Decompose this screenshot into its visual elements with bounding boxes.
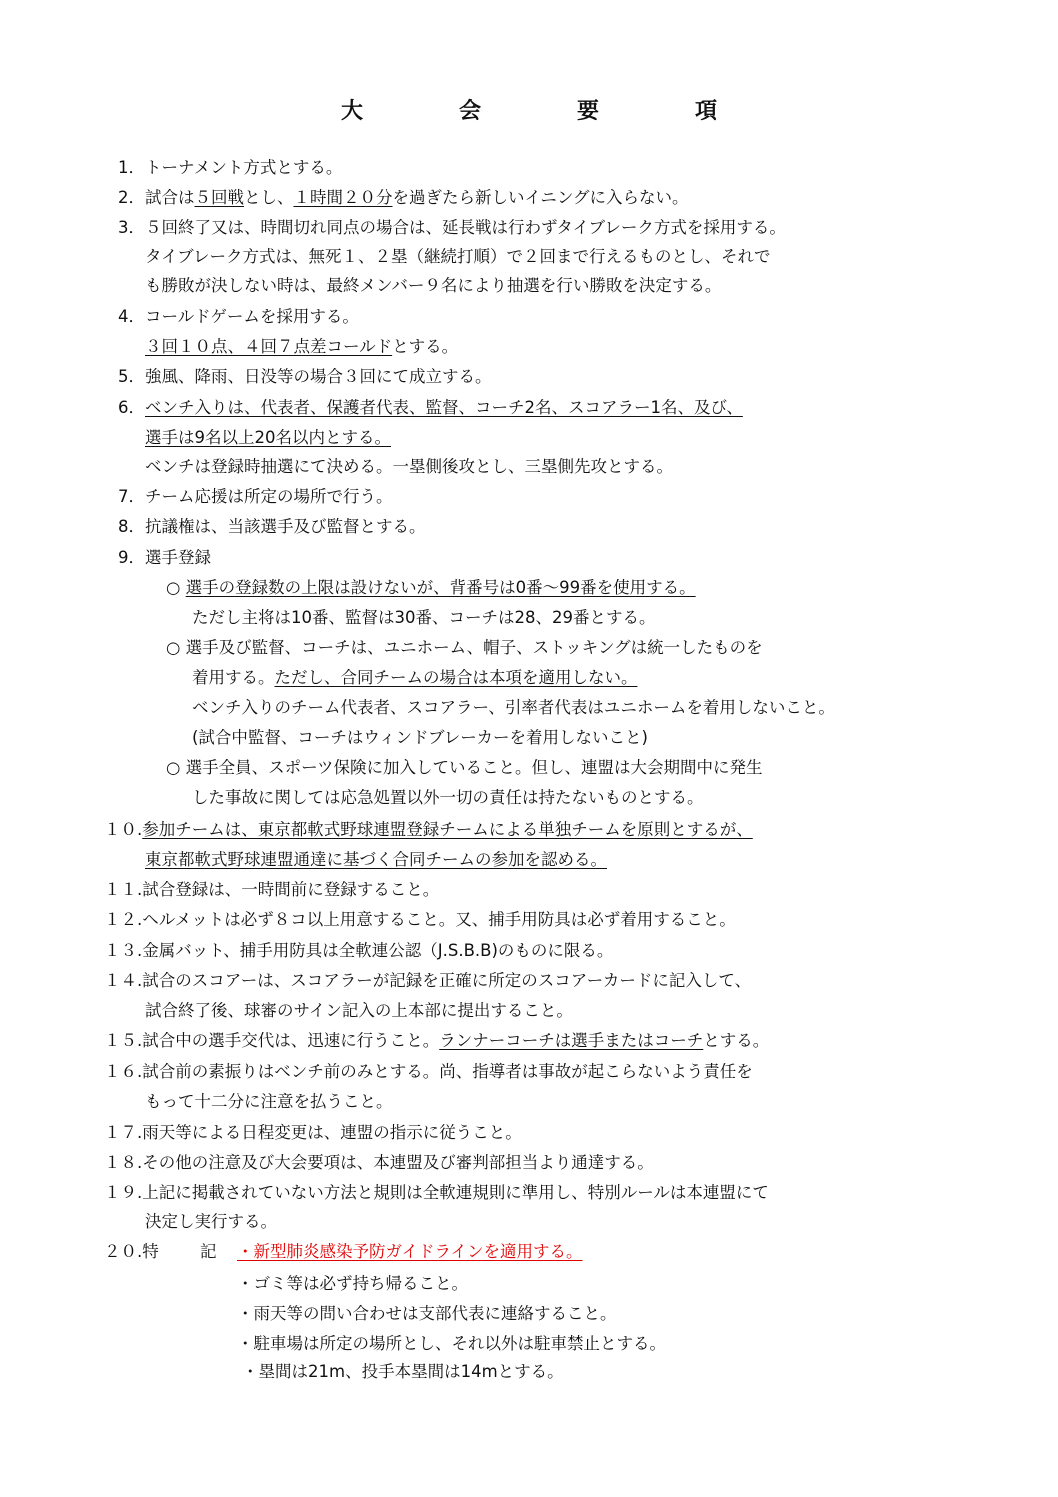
- item-2: 2．試合は５回戦とし、１時間２０分を過ぎたら新しいイニングに入らない。: [118, 188, 689, 208]
- item-text: とする。: [392, 337, 458, 356]
- item-9: 9．選手登録: [118, 548, 211, 568]
- item-text: 試合前の素振りはベンチ前のみとする。尚、指導者は事故が起こらないよう責任を: [142, 1062, 753, 1081]
- item-16: １６.試合前の素振りはベンチ前のみとする。尚、指導者は事故が起こらないよう責任を: [104, 1062, 753, 1082]
- item-number: 7．: [118, 487, 145, 507]
- item-3-line-3: も勝敗が決しない時は、最終メンバー９名により抽選を行い勝敗を決定する。: [145, 276, 721, 296]
- item-text: 試合のスコアーは、スコアラーが記録を正確に所定のスコアーカードに記入して、: [142, 971, 751, 990]
- item-text: 強風、降雨、日没等の場合３回にて成立する。: [145, 367, 492, 386]
- item-number: 8．: [118, 517, 145, 537]
- circle-bullet-icon: ○: [166, 638, 180, 657]
- item-text: を過ぎたら新しいイニングに入らない。: [393, 188, 689, 207]
- item-text: とし、: [244, 188, 294, 207]
- item-text-underlined: ・新型肺炎感染予防ガイドラインを適用する。: [237, 1242, 583, 1261]
- item-19: １９.上記に掲載されていない方法と規則は全軟連規則に準用し、特別ルールは本連盟に…: [104, 1183, 769, 1203]
- item-20: ２０.特: [104, 1242, 159, 1262]
- title-char: 大: [341, 94, 363, 125]
- item-number: １８.: [104, 1153, 142, 1173]
- page-title: 大会要項: [0, 94, 1058, 125]
- title-char: 要: [577, 94, 599, 125]
- item-number: １９.: [104, 1183, 142, 1203]
- item-number: １７.: [104, 1123, 142, 1143]
- circle-bullet-icon: ○: [166, 758, 180, 777]
- item-number: 4．: [118, 307, 145, 327]
- item-6-line-3: ベンチは登録時抽選にて決める。一塁側後攻とし、三塁側先攻とする。: [145, 457, 673, 477]
- item-20-note-3: ・雨天等の問い合わせは支部代表に連絡すること。: [237, 1304, 617, 1324]
- item-16-line-2: もって十二分に注意を払うこと。: [145, 1092, 393, 1112]
- item-1: 1．トーナメント方式とする。: [118, 158, 342, 178]
- item-4: 4．コールドゲームを採用する。: [118, 307, 359, 327]
- item-number: １１.: [104, 880, 142, 900]
- item-text: 選手及び監督、コーチは、ユニホーム、帽子、ストッキングは統一したものを: [186, 638, 763, 657]
- item-3: 3．５回終了又は、時間切れ同点の場合は、延長戦は行わずタイブレーク方式を採用する…: [118, 218, 786, 238]
- item-number: 6．: [118, 398, 145, 418]
- item-text-underlined: 参加チームは、東京都軟式野球連盟登録チームによる単独チームを原則とするが、: [142, 820, 753, 839]
- item-text: 試合登録は、一時間前に登録すること。: [142, 880, 439, 899]
- item-20-note-5: ・塁間は21m、投手本塁間は14mとする。: [242, 1362, 564, 1382]
- item-14: １４.試合のスコアーは、スコアラーが記録を正確に所定のスコアーカードに記入して、: [104, 971, 751, 991]
- item-text: 選手全員、スポーツ保険に加入していること。但し、連盟は大会期間中に発生: [186, 758, 763, 777]
- item-text: 選手登録: [145, 548, 211, 567]
- item-text-underlined: ベンチ入りは、代表者、保護者代表、監督、コーチ2名、スコアラー1名、及び、: [145, 398, 743, 417]
- item-20-label-2: 記: [200, 1242, 217, 1262]
- item-number: 9．: [118, 548, 145, 568]
- item-9-bullet-2: ○ 選手及び監督、コーチは、ユニホーム、帽子、ストッキングは統一したものを: [166, 638, 763, 658]
- item-17: １７.雨天等による日程変更は、連盟の指示に従うこと。: [104, 1123, 522, 1143]
- item-8: 8．抗議権は、当該選手及び監督とする。: [118, 517, 426, 537]
- item-text: 着用する。: [192, 668, 275, 687]
- item-9-bullet-1-line-2: ただし主将は10番、監督は30番、コーチは28、29番とする。: [192, 608, 655, 628]
- item-15: １５.試合中の選手交代は、迅速に行うこと。ランナーコーチは選手またはコーチとする…: [104, 1031, 769, 1051]
- item-number: １０.: [104, 820, 142, 840]
- item-number: １６.: [104, 1062, 142, 1082]
- item-text-underlined: 選手は9名以上20名以内とする。: [145, 428, 391, 447]
- item-9-bullet-1: ○ 選手の登録数の上限は設けないが、背番号は0番～99番を使用する。: [166, 578, 696, 598]
- item-10-line-2: 東京都軟式野球連盟通達に基づく合同チームの参加を認める。: [145, 850, 607, 870]
- item-20-note-4: ・駐車場は所定の場所とし、それ以外は駐車禁止とする。: [237, 1334, 666, 1354]
- item-4-line-2: ３回１０点、４回７点差コールドとする。: [145, 337, 458, 357]
- item-10: １０.参加チームは、東京都軟式野球連盟登録チームによる単独チームを原則とするが、: [104, 820, 753, 840]
- item-text: コールドゲームを採用する。: [145, 307, 359, 326]
- item-text: 雨天等による日程変更は、連盟の指示に従うこと。: [142, 1123, 522, 1142]
- item-number: 3．: [118, 218, 145, 238]
- item-3-line-2: タイブレーク方式は、無死１、２塁（継続打順）で２回まで行えるものとし、それで: [145, 247, 771, 267]
- item-13: １３.金属バット、捕手用防具は全軟連公認（J.S.B.B)のものに限る。: [104, 941, 613, 961]
- item-text-underlined: ５回戦: [195, 188, 245, 207]
- item-9-bullet-2-line-4: (試合中監督、コーチはウィンドブレーカーを着用しないこと): [192, 728, 648, 748]
- item-text-underlined: １時間２０分: [294, 188, 393, 207]
- item-text-underlined: ただし、合同チームの場合は本項を適用しない。: [275, 668, 638, 687]
- item-number: １４.: [104, 971, 142, 991]
- item-number: 5．: [118, 367, 145, 387]
- item-12: １２.ヘルメットは必ず８コ以上用意すること。又、捕手用防具は必ず着用すること。: [104, 910, 736, 930]
- item-label: 特: [142, 1242, 159, 1261]
- item-text: 上記に掲載されていない方法と規則は全軟連規則に準用し、特別ルールは本連盟にて: [142, 1183, 769, 1202]
- title-char: 会: [459, 94, 481, 125]
- item-9-bullet-2-line-3: ベンチ入りのチーム代表者、スコアラー、引率者代表はユニホームを着用しないこと。: [192, 698, 835, 718]
- item-number: 1．: [118, 158, 145, 178]
- item-number: ２０.: [104, 1242, 142, 1262]
- title-char: 項: [695, 94, 717, 125]
- item-11: １１.試合登録は、一時間前に登録すること。: [104, 880, 439, 900]
- item-text-underlined: 選手の登録数の上限は設けないが、背番号は0番～99番を使用する。: [186, 578, 696, 597]
- item-9-bullet-3: ○ 選手全員、スポーツ保険に加入していること。但し、連盟は大会期間中に発生: [166, 758, 763, 778]
- item-text-underlined: 東京都軟式野球連盟通達に基づく合同チームの参加を認める。: [145, 850, 607, 869]
- item-number: 2．: [118, 188, 145, 208]
- item-6: 6．ベンチ入りは、代表者、保護者代表、監督、コーチ2名、スコアラー1名、及び、: [118, 398, 743, 418]
- item-9-bullet-3-line-2: した事故に関しては応急処置以外一切の責任は持たないものとする。: [192, 788, 704, 808]
- item-19-line-2: 決定し実行する。: [145, 1212, 277, 1232]
- item-number: １３.: [104, 941, 142, 961]
- item-text: ５回終了又は、時間切れ同点の場合は、延長戦は行わずタイブレーク方式を採用する。: [145, 218, 786, 237]
- item-5: 5．強風、降雨、日没等の場合３回にて成立する。: [118, 367, 492, 387]
- document-page: 大会要項 1．トーナメント方式とする。 2．試合は５回戦とし、１時間２０分を過ぎ…: [0, 0, 1058, 1497]
- item-text: 試合は: [145, 188, 195, 207]
- item-text: チーム応援は所定の場所で行う。: [145, 487, 393, 506]
- item-9-bullet-2-line-2: 着用する。ただし、合同チームの場合は本項を適用しない。: [192, 668, 638, 688]
- item-text: 金属バット、捕手用防具は全軟連公認（J.S.B.B)のものに限る。: [142, 941, 613, 960]
- item-20-note-2: ・ゴミ等は必ず持ち帰ること。: [237, 1274, 468, 1294]
- item-7: 7．チーム応援は所定の場所で行う。: [118, 487, 393, 507]
- item-text: その他の注意及び大会要項は、本連盟及び審判部担当より通達する。: [142, 1153, 654, 1172]
- item-text: 試合中の選手交代は、迅速に行うこと。: [142, 1031, 439, 1050]
- item-text: 抗議権は、当該選手及び監督とする。: [145, 517, 426, 536]
- item-20-note-1: ・新型肺炎感染予防ガイドラインを適用する。: [237, 1242, 583, 1262]
- item-6-line-2: 選手は9名以上20名以内とする。: [145, 428, 391, 448]
- item-text: とする。: [703, 1031, 769, 1050]
- item-text: ヘルメットは必ず８コ以上用意すること。又、捕手用防具は必ず着用すること。: [142, 910, 736, 929]
- item-text-underlined: ランナーコーチは選手またはコーチ: [439, 1031, 703, 1050]
- item-text: トーナメント方式とする。: [145, 158, 342, 177]
- item-number: １２.: [104, 910, 142, 930]
- item-number: １５.: [104, 1031, 142, 1051]
- item-14-line-2: 試合終了後、球審のサイン記入の上本部に提出すること。: [145, 1001, 573, 1021]
- circle-bullet-icon: ○: [166, 578, 180, 597]
- item-text-underlined: ３回１０点、４回７点差コールド: [145, 337, 392, 356]
- item-18: １８.その他の注意及び大会要項は、本連盟及び審判部担当より通達する。: [104, 1153, 654, 1173]
